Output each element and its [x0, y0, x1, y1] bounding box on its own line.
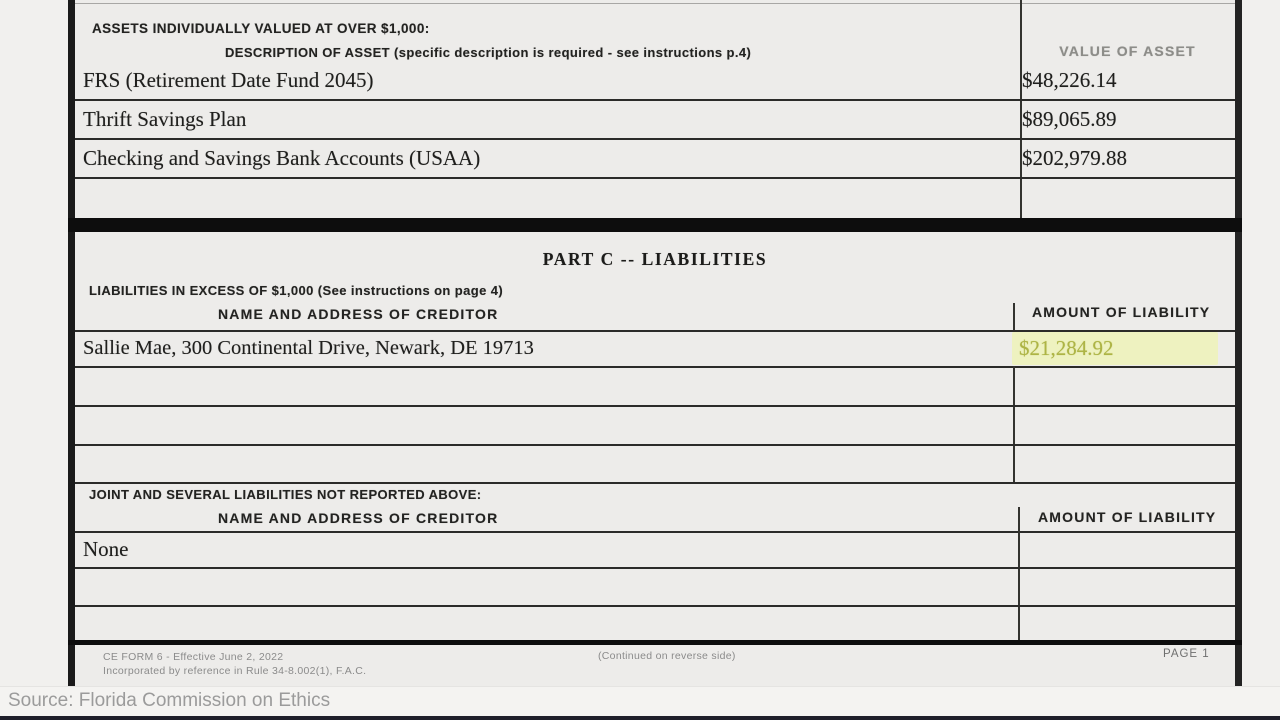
asset-value-header: VALUE OF ASSET — [1020, 43, 1235, 59]
table-row — [75, 407, 1235, 446]
table-row — [75, 569, 1235, 607]
form-left-border — [68, 0, 75, 688]
form-bottom-border — [68, 640, 1242, 645]
liability-amount: $21,284.92 — [1012, 336, 1114, 361]
asset-value: $48,226.14 — [1022, 68, 1117, 93]
table-row: FRS (Retirement Date Fund 2045) $48,226.… — [75, 62, 1235, 101]
table-row: Thrift Savings Plan $89,065.89 — [75, 101, 1235, 140]
table-row: Checking and Savings Bank Accounts (USAA… — [75, 140, 1235, 179]
asset-description: Checking and Savings Bank Accounts (USAA… — [83, 146, 480, 171]
table-row — [75, 179, 1235, 218]
asset-value: $202,979.88 — [1022, 146, 1127, 171]
page-number: PAGE 1 — [1163, 648, 1210, 660]
table-row — [75, 368, 1235, 407]
asset-description-header: DESCRIPTION OF ASSET (specific descripti… — [225, 45, 751, 60]
rule-reference-footnote: Incorporated by reference in Rule 34-8.0… — [103, 665, 366, 677]
form-top-rule — [75, 3, 1235, 4]
creditor-header: NAME AND ADDRESS OF CREDITOR — [218, 306, 498, 322]
form-id-footnote: CE FORM 6 - Effective June 2, 2022 — [103, 651, 283, 663]
table-row — [75, 607, 1235, 641]
highlighted-liability-amount: $21,284.92 — [1012, 332, 1218, 365]
joint-amount-header: AMOUNT OF LIABILITY — [1038, 509, 1216, 525]
part-c-title: PART C -- LIABILITIES — [68, 249, 1242, 270]
asset-description: Thrift Savings Plan — [83, 107, 246, 132]
section-separator-bar — [68, 218, 1242, 232]
source-caption-bar: Source: Florida Commission on Ethics — [0, 686, 1280, 716]
joint-header-tick — [1018, 507, 1020, 531]
joint-creditor-name: None — [83, 537, 129, 562]
form-right-border — [1235, 0, 1242, 688]
bottom-chrome-bar — [0, 716, 1280, 720]
table-row — [75, 446, 1235, 484]
joint-liabilities-title: JOINT AND SEVERAL LIABILITIES NOT REPORT… — [89, 487, 482, 502]
asset-description: FRS (Retirement Date Fund 2045) — [83, 68, 373, 93]
table-row: None — [75, 531, 1235, 569]
news-screenshot: ASSETS INDIVIDUALLY VALUED AT OVER $1,00… — [0, 0, 1280, 720]
liability-header-tick — [1013, 303, 1015, 331]
source-caption: Source: Florida Commission on Ethics — [8, 690, 330, 712]
liabilities-instructions: LIABILITIES IN EXCESS OF $1,000 (See ins… — [89, 283, 503, 298]
amount-of-liability-header: AMOUNT OF LIABILITY — [1032, 304, 1210, 320]
continued-footnote: (Continued on reverse side) — [598, 650, 736, 662]
disclosure-form-page: ASSETS INDIVIDUALLY VALUED AT OVER $1,00… — [68, 0, 1242, 688]
assets-section-title: ASSETS INDIVIDUALLY VALUED AT OVER $1,00… — [92, 21, 430, 36]
joint-creditor-header: NAME AND ADDRESS OF CREDITOR — [218, 510, 498, 526]
creditor-name: Sallie Mae, 300 Continental Drive, Newar… — [83, 337, 534, 360]
asset-value: $89,065.89 — [1022, 107, 1117, 132]
